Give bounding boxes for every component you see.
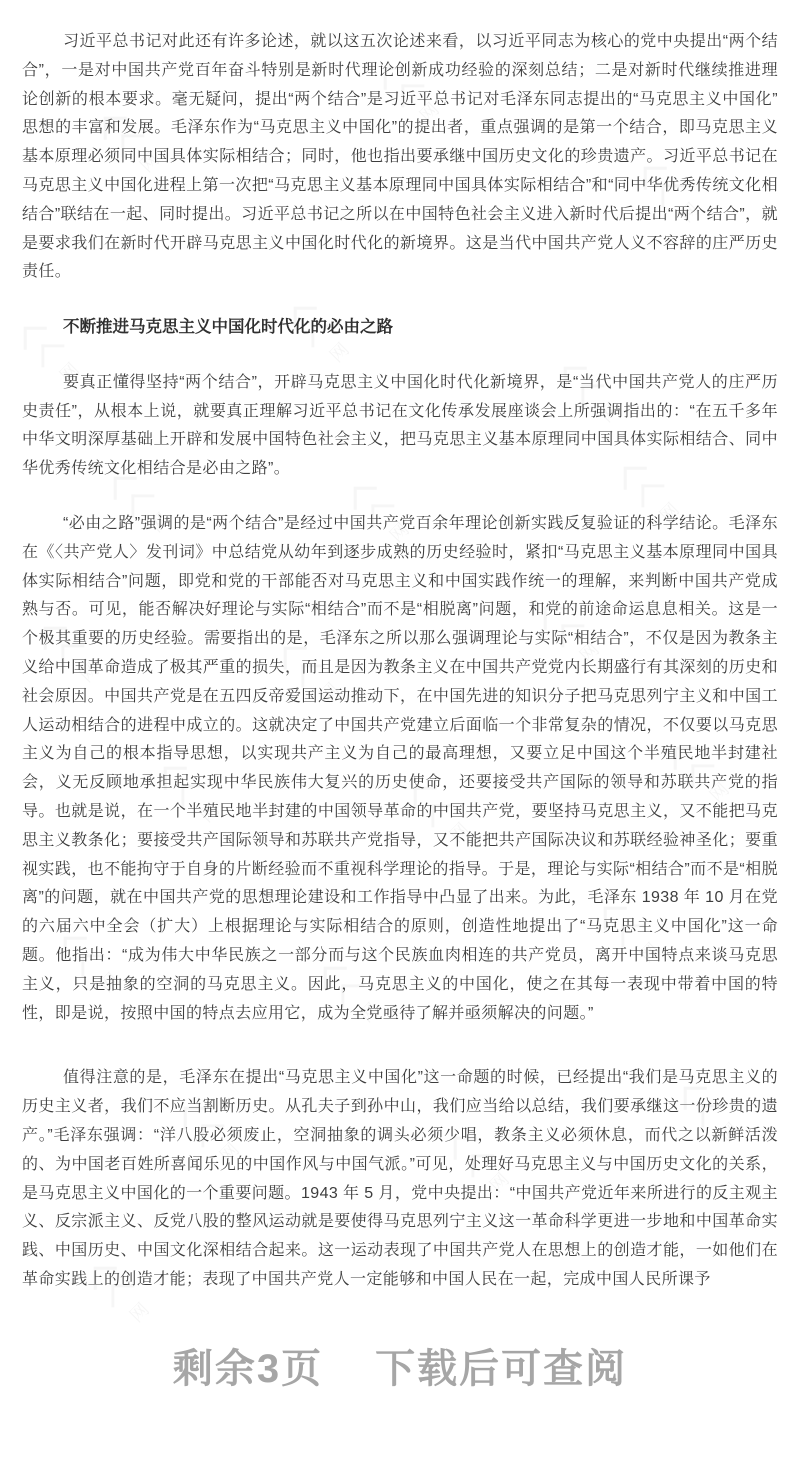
paragraph-two-combinations-summary: 习近平总书记对此还有许多论述，就以这五次论述来看，以习近平同志为核心的党中央提出… — [22, 28, 778, 287]
paragraph-mao-historical-heritage: 值得注意的是，毛泽东在提出“马克思主义中国化”这一命题的时候，已经提出“我们是马… — [22, 1064, 778, 1294]
remaining-pages-label: 剩余3页 — [173, 1347, 323, 1391]
download-hint-label: 下载后可查阅 — [375, 1347, 627, 1391]
paragraph-necessary-path-explanation: “必由之路”强调的是“两个结合”是经过中国共产党百余年理论创新实践反复验证的科学… — [22, 510, 778, 1028]
document-content: 习近平总书记对此还有许多论述，就以这五次论述来看，以习近平同志为核心的党中央提出… — [0, 0, 800, 1434]
paragraph-understanding-two-combinations: 要真正懂得坚持“两个结合”，开辟马克思主义中国化时代化新境界，是“当代中国共产党… — [22, 369, 778, 484]
preview-footer-banner: 剩余3页下载后可查阅 — [22, 1337, 778, 1434]
document-preview-page: 网 网 网 网 网 网 网 网 网 网 网 网 网 网 网 网 网 网 网 网 … — [0, 0, 800, 1465]
section-heading-necessary-path: 不断推进马克思主义中国化时代化的必由之路 — [22, 313, 778, 343]
